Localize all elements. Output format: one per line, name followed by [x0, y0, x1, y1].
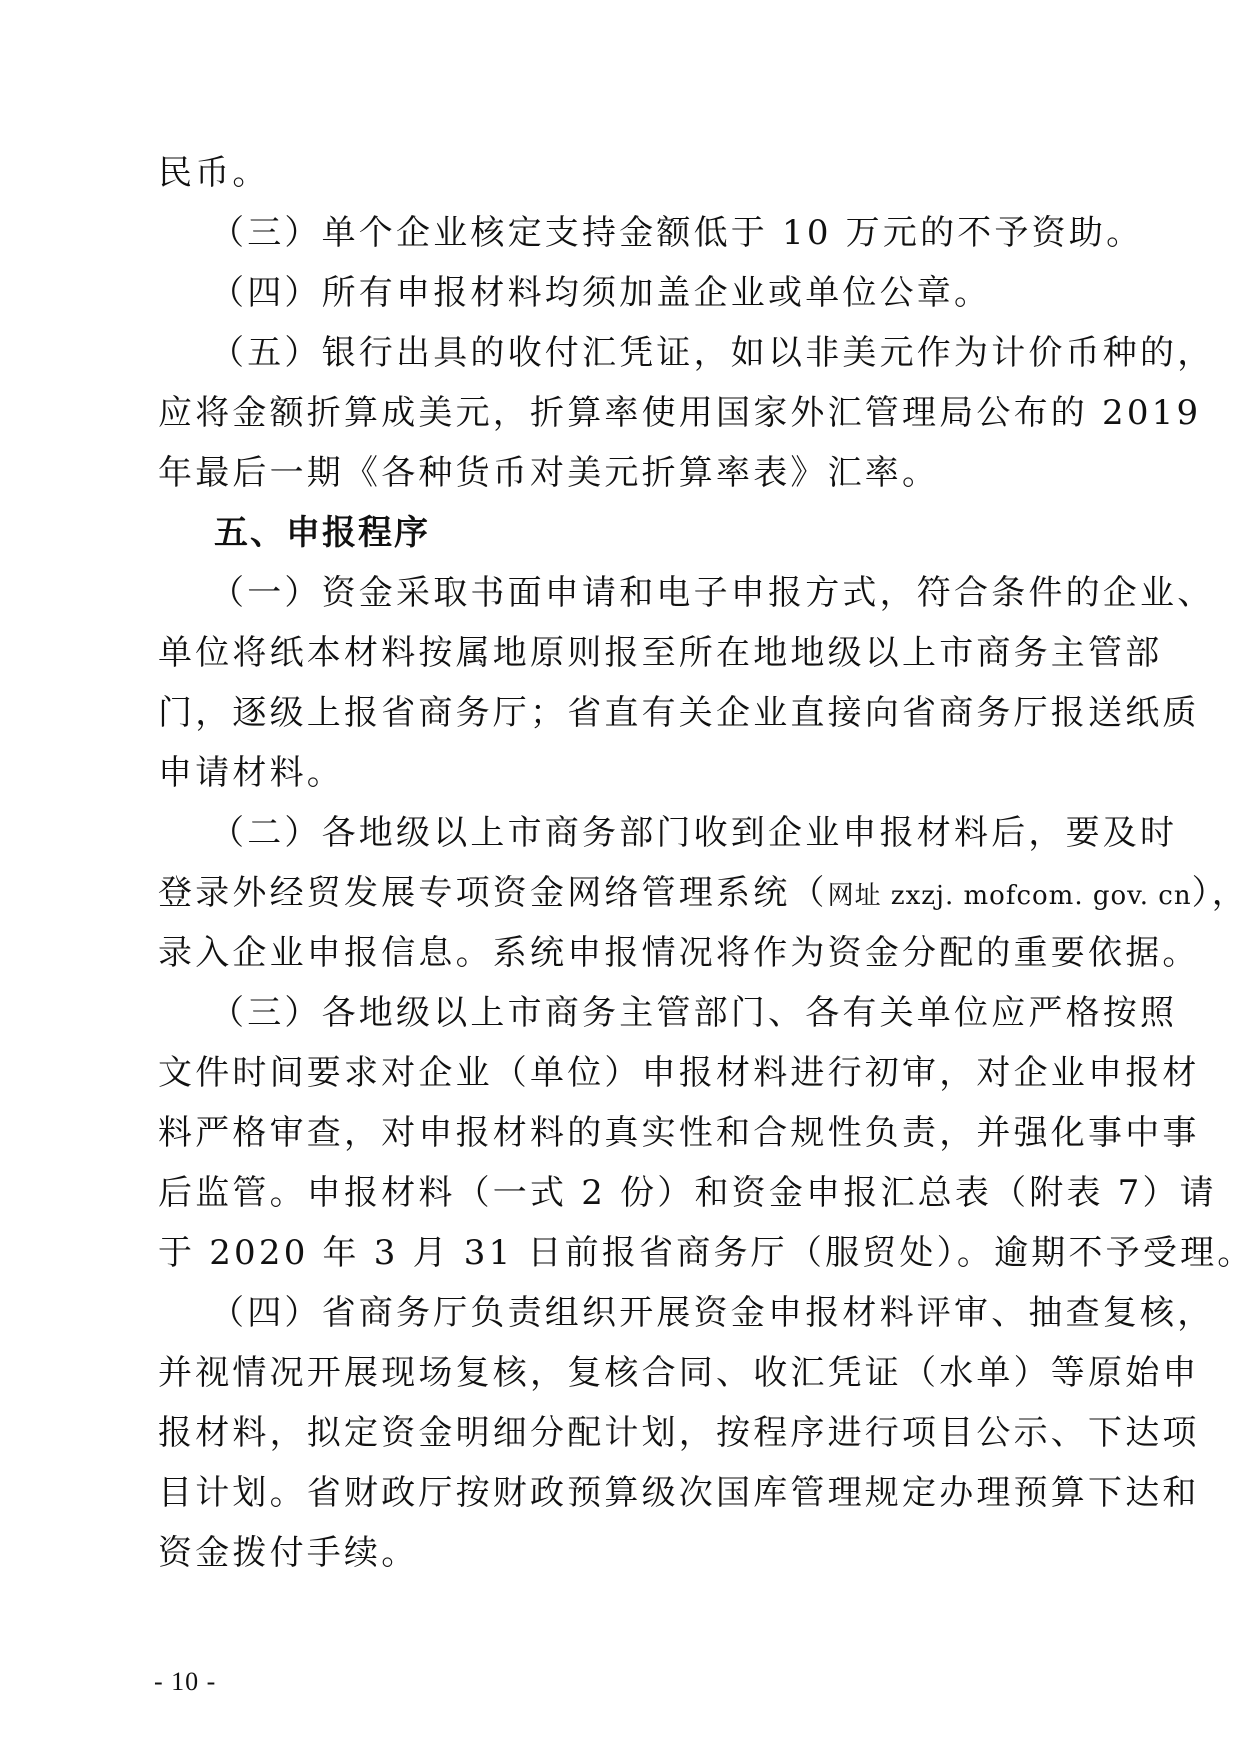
paragraph-line: 资金拨付手续。 [158, 1522, 1078, 1584]
paragraph-line: 并视情况开展现场复核，复核合同、收汇凭证（水单）等原始申 [158, 1342, 1078, 1404]
paragraph-line: （三）各地级以上市商务主管部门、各有关单位应严格按照 [210, 982, 1078, 1044]
section-heading: 五、申报程序 [214, 502, 1134, 564]
paragraph-line: 于 2020 年 3 月 31 日前报省商务厅（服贸处）。逾期不予受理。 [158, 1222, 1078, 1284]
paragraph-line: 单位将纸本材料按属地原则报至所在地地级以上市商务主管部 [158, 622, 1078, 684]
paragraph-line: （二）各地级以上市商务部门收到企业申报材料后，要及时 [210, 802, 1078, 864]
document-page: 民币。 （三）单个企业核定支持金额低于 10 万元的不予资助。 （四）所有申报材… [0, 0, 1240, 1754]
paragraph-line: 应将金额折算成美元，折算率使用国家外汇管理局公布的 2019 [158, 382, 1078, 444]
page-number: - 10 - [154, 1665, 216, 1699]
paragraph-line: （五）银行出具的收付汇凭证，如以非美元作为计价币种的， [210, 322, 1078, 384]
paragraph-line: 申请材料。 [158, 742, 1078, 804]
paragraph-line: （四）省商务厅负责组织开展资金申报材料评审、抽查复核， [210, 1282, 1078, 1344]
paragraph-line: （一）资金采取书面申请和电子申报方式，符合条件的企业、 [210, 562, 1078, 624]
paragraph-line: （三）单个企业核定支持金额低于 10 万元的不予资助。 [210, 202, 1078, 264]
paragraph-line: 门，逐级上报省商务厅；省直有关企业直接向省商务厅报送纸质 [158, 682, 1078, 744]
paragraph-line: 录入企业申报信息。系统申报情况将作为资金分配的重要依据。 [158, 922, 1078, 984]
line-text: ）， [1192, 873, 1240, 913]
paragraph-line: 后监管。申报材料（一式 2 份）和资金申报汇总表（附表 7）请 [158, 1162, 1078, 1224]
paragraph-line: 料严格审查，对申报材料的真实性和合规性负责，并强化事中事 [158, 1102, 1078, 1164]
system-url: 网址 zxzj. mofcom. gov. cn [828, 881, 1192, 911]
line-text: 登录外经贸发展专项资金网络管理系统（ [158, 873, 828, 913]
paragraph-line: 登录外经贸发展专项资金网络管理系统（网址 zxzj. mofcom. gov. … [158, 862, 1078, 924]
paragraph-line: （四）所有申报材料均须加盖企业或单位公章。 [210, 262, 1078, 324]
paragraph-line: 文件时间要求对企业（单位）申报材料进行初审，对企业申报材 [158, 1042, 1078, 1104]
paragraph-line: 报材料，拟定资金明细分配计划，按程序进行项目公示、下达项 [158, 1402, 1078, 1464]
paragraph-line: 年最后一期《各种货币对美元折算率表》汇率。 [158, 442, 1078, 504]
paragraph-line: 民币。 [158, 142, 1078, 204]
paragraph-line: 目计划。省财政厅按财政预算级次国库管理规定办理预算下达和 [158, 1462, 1078, 1524]
